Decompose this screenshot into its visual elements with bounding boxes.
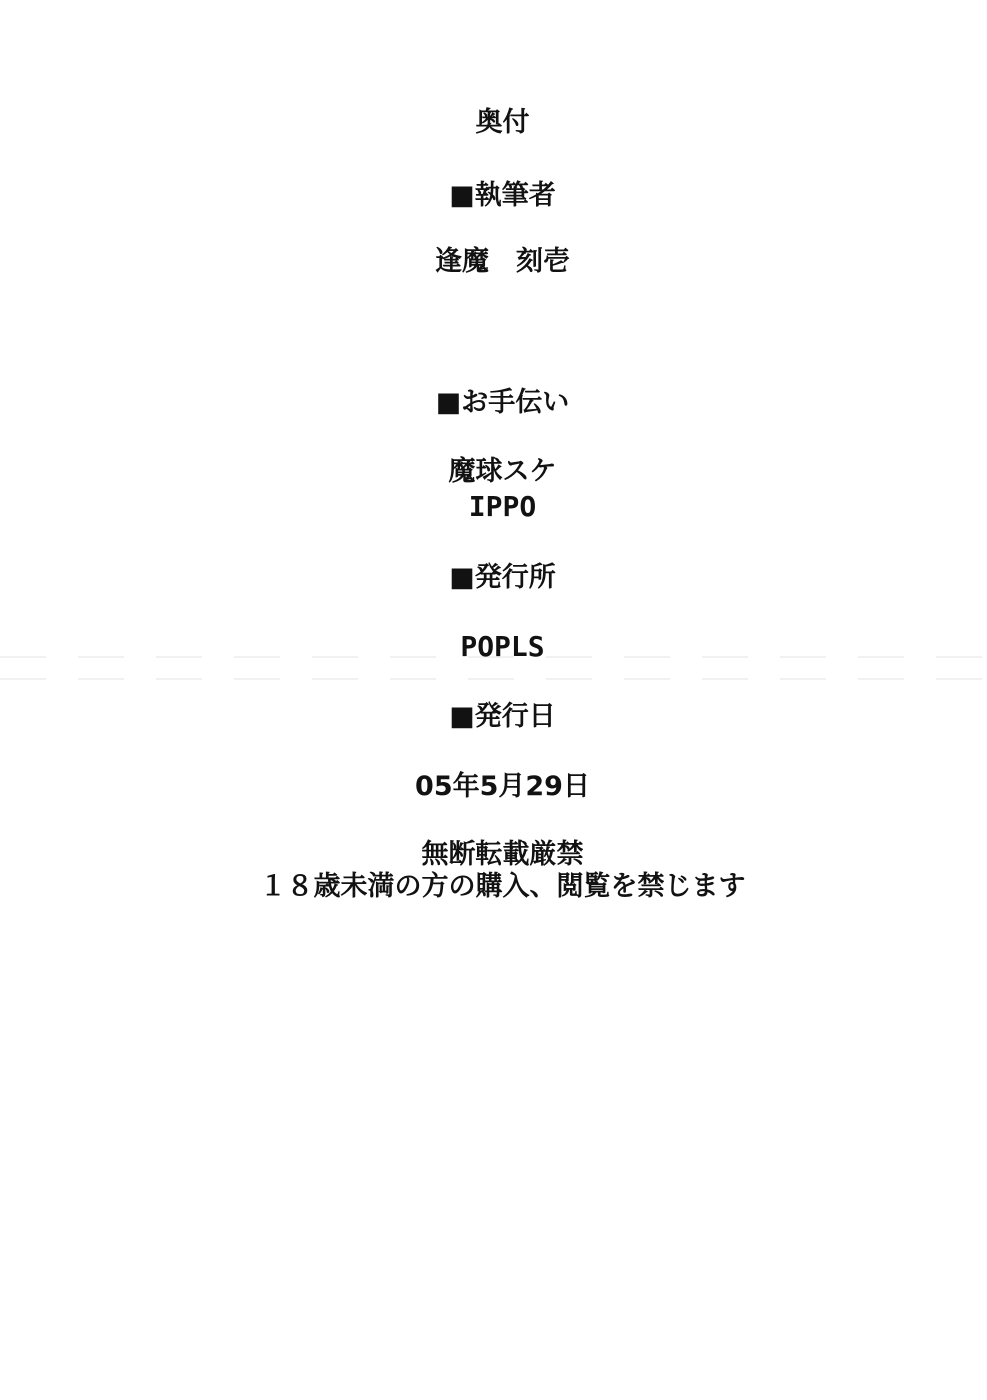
scan-artifact-line	[0, 678, 987, 680]
notice-no-reproduction: 無断転載厳禁	[18, 840, 987, 869]
page-title: 奥付	[18, 108, 987, 137]
notice-age-restriction: １８歳未満の方の購入、閲覧を禁じます	[18, 872, 987, 901]
colophon-page: 奥付 ■執筆者 逢魔 刻壱 ■お手伝い 魔球スケ IPPO ■発行所 POPLS…	[0, 0, 987, 1400]
helper-name-2: IPPO	[18, 492, 987, 521]
helper-name-1: 魔球スケ	[18, 457, 987, 486]
section-heading-helpers: ■お手伝い	[18, 388, 987, 417]
section-heading-publish-date: ■発行日	[18, 702, 987, 731]
author-name: 逢魔 刻壱	[18, 247, 987, 276]
scan-artifact-line	[0, 656, 987, 658]
section-heading-author: ■執筆者	[18, 181, 987, 210]
section-heading-publisher: ■発行所	[18, 563, 987, 592]
publish-date: 05年5月29日	[18, 772, 987, 801]
